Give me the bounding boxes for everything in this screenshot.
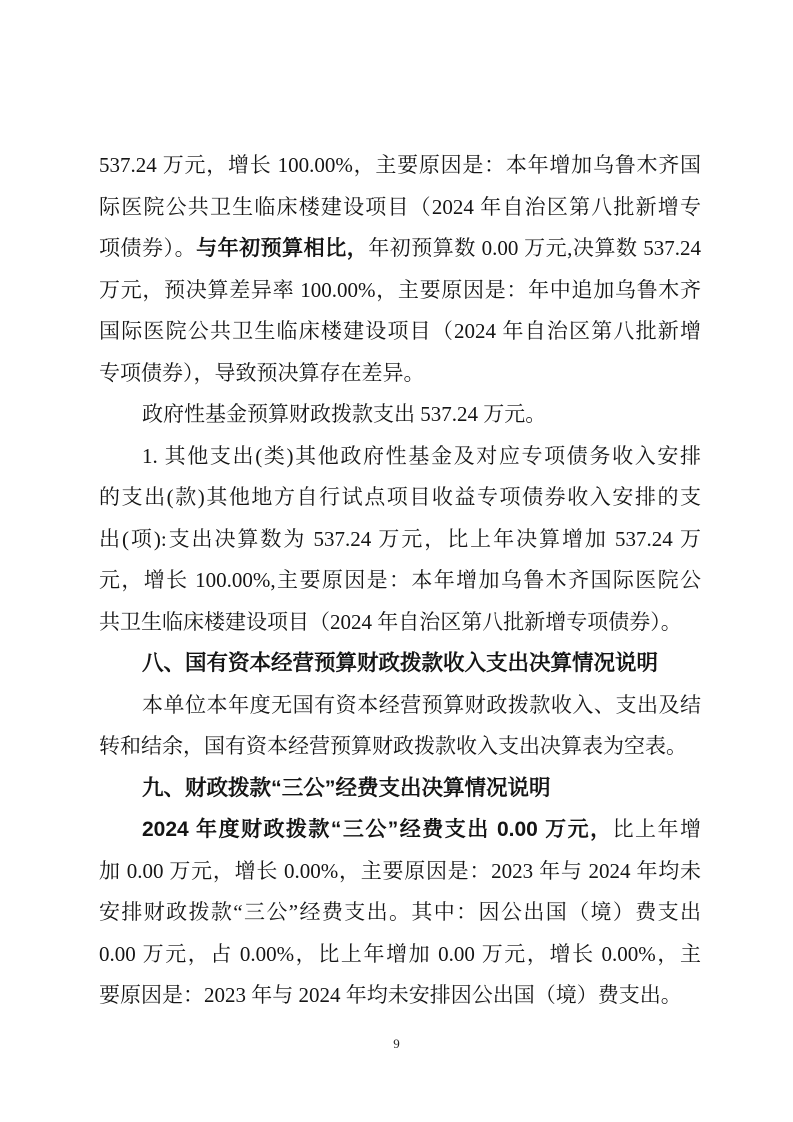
- text-segment: 专项债券），导致预决算存在差异。: [99, 361, 425, 385]
- text-segment: 比上年增: [613, 817, 701, 841]
- text-segment: 537.24 万元，增长 100.00%，主要原因是：本年增加乌鲁木齐国: [99, 153, 701, 177]
- text-segment: 国际医院公共卫生临床楼建设项目（2024 年自治区第八批新增: [99, 319, 701, 343]
- text-segment: 1. 其他支出(类)其他政府性基金及对应专项债务收入安排: [142, 444, 701, 468]
- text-segment: 0.00 万元，占 0.00%，比上年增加 0.00 万元，增长 0.00%，主: [99, 942, 701, 966]
- emphasis-budget-comparison: 与年初预算相比，: [196, 237, 368, 260]
- text-line: 元，增长 100.00%,主要原因是：本年增加乌鲁木齐国际医院公: [99, 560, 701, 602]
- text-line: 2024 年度财政拨款“三公”经费支出 0.00 万元，比上年增: [99, 809, 701, 851]
- text-line: 际医院公共卫生临床楼建设项目（2024 年自治区第八批新增专: [99, 187, 701, 229]
- text-segment: 加 0.00 万元，增长 0.00%，主要原因是：2023 年与 2024 年均…: [99, 859, 701, 883]
- heading-text: 九、财政拨款“三公”经费支出决算情况说明: [142, 776, 551, 800]
- text-line: 的支出(款)其他地方自行试点项目收益专项债券收入安排的支: [99, 477, 701, 519]
- text-line: 0.00 万元，占 0.00%，比上年增加 0.00 万元，增长 0.00%，主: [99, 934, 701, 976]
- text-line: 共卫生临床楼建设项目（2024 年自治区第八批新增专项债券）。: [99, 602, 701, 644]
- text-segment: 际医院公共卫生临床楼建设项目（2024 年自治区第八批新增专: [99, 195, 701, 219]
- text-line: 项债券）。与年初预算相比，年初预算数 0.00 万元,决算数 537.24: [99, 228, 701, 270]
- page-number: 9: [0, 1036, 793, 1052]
- text-line: 要原因是：2023 年与 2024 年均未安排因公出国（境）费支出。: [99, 975, 701, 1017]
- text-segment: 本单位本年度无国有资本经营预算财政拨款收入、支出及结: [142, 693, 701, 717]
- section-8-heading: 八、国有资本经营预算财政拨款收入支出决算情况说明: [99, 643, 701, 685]
- text-line: 万元，预决算差异率 100.00%，主要原因是：年中追加乌鲁木齐: [99, 270, 701, 312]
- text-segment: 出(项):支出决算数为 537.24 万元，比上年决算增加 537.24 万: [99, 527, 701, 551]
- text-line: 1. 其他支出(类)其他政府性基金及对应专项债务收入安排: [99, 436, 701, 478]
- section-9-heading: 九、财政拨款“三公”经费支出决算情况说明: [99, 768, 701, 810]
- text-segment: 要原因是：2023 年与 2024 年均未安排因公出国（境）费支出。: [99, 983, 682, 1007]
- text-line: 537.24 万元，增长 100.00%，主要原因是：本年增加乌鲁木齐国: [99, 145, 701, 187]
- text-line: 出(项):支出决算数为 537.24 万元，比上年决算增加 537.24 万: [99, 519, 701, 561]
- text-segment: 项债券）。: [99, 236, 196, 260]
- text-segment: 元，增长 100.00%,主要原因是：本年增加乌鲁木齐国际医院公: [99, 568, 701, 592]
- text-line: 加 0.00 万元，增长 0.00%，主要原因是：2023 年与 2024 年均…: [99, 851, 701, 893]
- text-line: 本单位本年度无国有资本经营预算财政拨款收入、支出及结: [99, 685, 701, 727]
- text-segment: 共卫生临床楼建设项目（2024 年自治区第八批新增专项债券）。: [99, 610, 682, 634]
- text-segment: 的支出(款)其他地方自行试点项目收益专项债券收入安排的支: [99, 485, 701, 509]
- text-line: 安排财政拨款“三公”经费支出。其中：因公出国（境）费支出: [99, 892, 701, 934]
- text-segment: 政府性基金预算财政拨款支出 537.24 万元。: [142, 402, 546, 426]
- text-line: 专项债券），导致预决算存在差异。: [99, 353, 701, 395]
- emphasis-three-public-expense: 2024 年度财政拨款“三公”经费支出 0.00 万元，: [142, 818, 613, 841]
- text-segment: 安排财政拨款“三公”经费支出。其中：因公出国（境）费支出: [99, 900, 701, 924]
- text-segment: 转和结余，国有资本经营预算财政拨款收入支出决算表为空表。: [99, 734, 687, 758]
- document-body: 537.24 万元，增长 100.00%，主要原因是：本年增加乌鲁木齐国 际医院…: [99, 145, 701, 1017]
- text-segment: 万元，预决算差异率 100.00%，主要原因是：年中追加乌鲁木齐: [99, 278, 701, 302]
- text-segment: 年初预算数 0.00 万元,决算数 537.24: [368, 236, 701, 260]
- heading-text: 八、国有资本经营预算财政拨款收入支出决算情况说明: [142, 651, 658, 675]
- text-line: 转和结余，国有资本经营预算财政拨款收入支出决算表为空表。: [99, 726, 701, 768]
- document-page: 537.24 万元，增长 100.00%，主要原因是：本年增加乌鲁木齐国 际医院…: [0, 0, 793, 1122]
- text-line: 国际医院公共卫生临床楼建设项目（2024 年自治区第八批新增: [99, 311, 701, 353]
- text-line: 政府性基金预算财政拨款支出 537.24 万元。: [99, 394, 701, 436]
